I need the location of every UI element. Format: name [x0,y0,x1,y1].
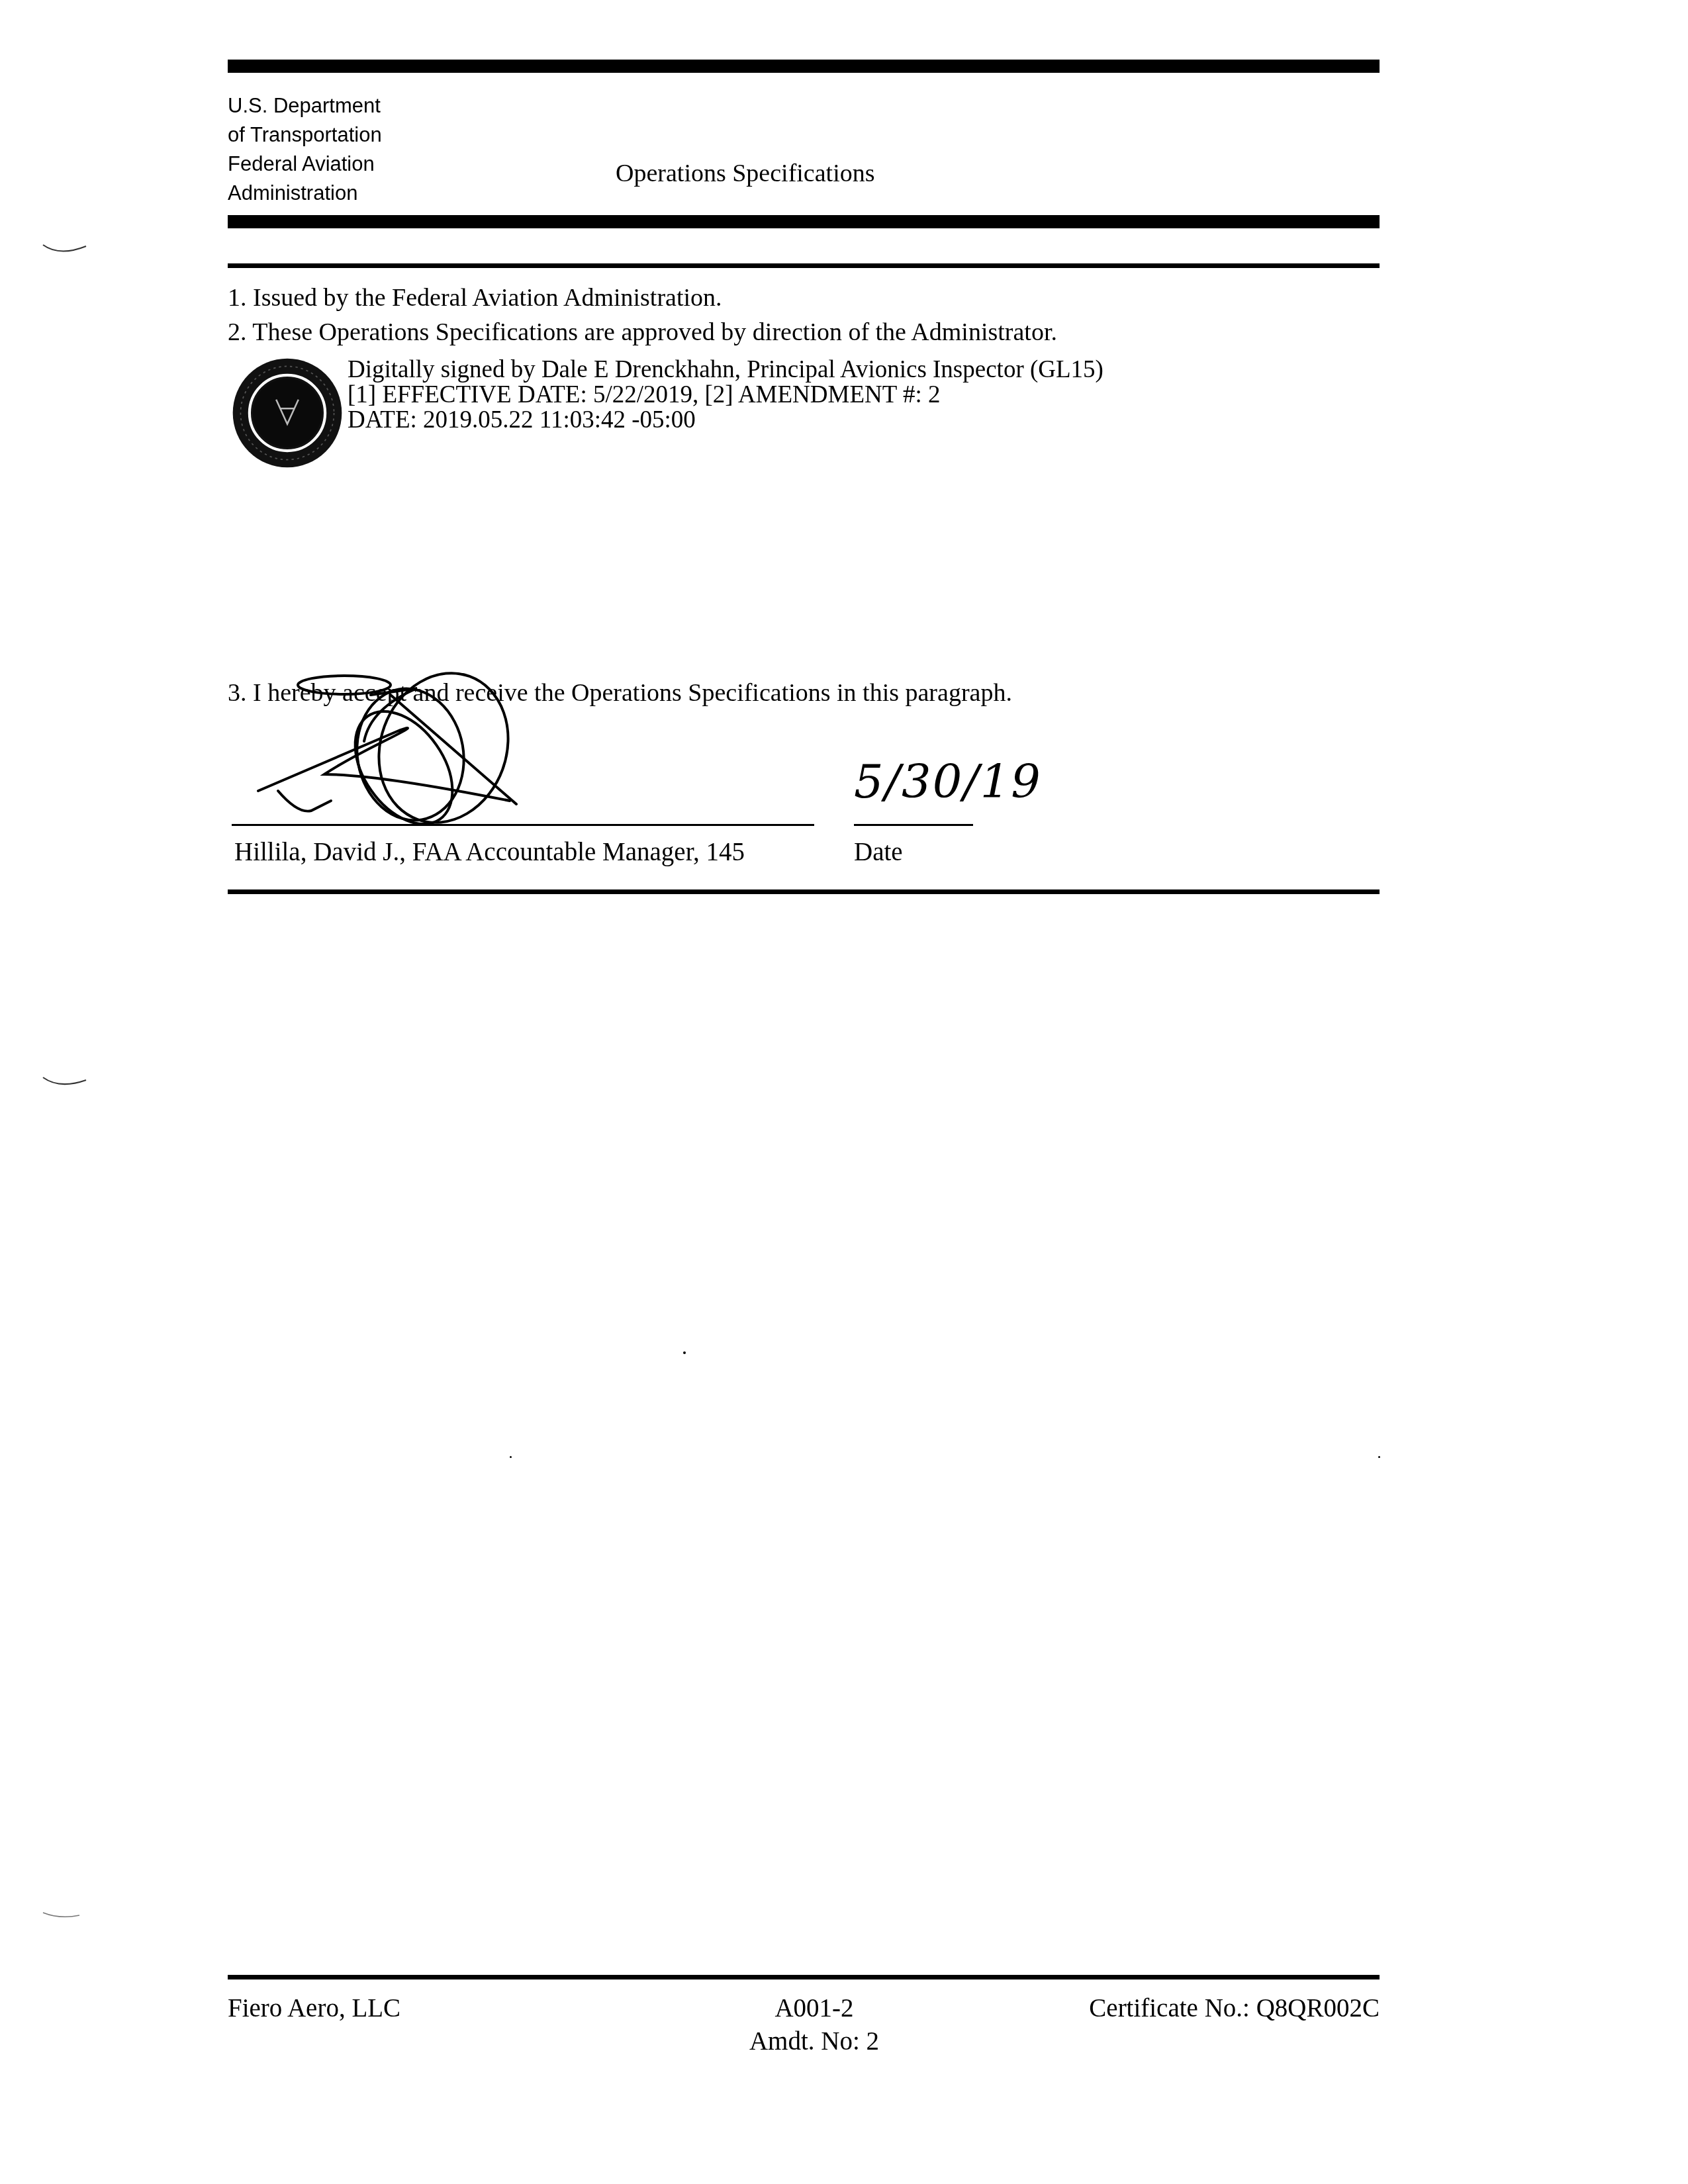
scan-speck [1378,1456,1380,1458]
section-end-rule [228,889,1380,894]
header-top-rule [228,60,1380,73]
footer-page-id: A001-2 [715,1993,914,2023]
paragraph-2: 2. These Operations Specifications are a… [228,318,1057,347]
signature-line [232,824,814,826]
date-label: Date [854,837,903,867]
agency-line: Administration [228,179,382,208]
footer-amendment: Amdt. No: 2 [715,2026,914,2056]
scan-mark [40,238,93,258]
footer-rule [228,1975,1380,1979]
header-bottom-rule [228,215,1380,228]
digital-signature-effective: [1] EFFECTIVE DATE: 5/22/2019, [2] AMEND… [348,383,1103,408]
document-title: Operations Specifications [616,159,875,188]
handwritten-signature [245,668,841,827]
section-rule [228,263,1380,268]
scan-mark [40,1072,93,1092]
digital-signature-date: DATE: 2019.05.22 11:03:42 -05:00 [348,408,1103,433]
scan-speck [683,1351,686,1354]
scan-speck [510,1456,512,1458]
agency-line: of Transportation [228,120,382,150]
signer-label: Hillila, David J., FAA Accountable Manag… [234,837,745,867]
scan-mark [40,1906,93,1926]
footer-company: Fiero Aero, LLC [228,1993,400,2023]
digital-signature: Digitally signed by Dale E Drenckhahn, P… [348,357,1103,433]
date-line [854,824,973,826]
agency-line: U.S. Department [228,91,382,120]
digital-signature-signer: Digitally signed by Dale E Drenckhahn, P… [348,357,1103,383]
handwritten-date: 5/30/19 [854,754,1042,809]
agency-line: Federal Aviation [228,150,382,179]
paragraph-1: 1. Issued by the Federal Aviation Admini… [228,283,722,312]
footer-certificate: Certificate No.: Q8QR002C [1089,1993,1380,2023]
agency-name: U.S. Department of Transportation Federa… [228,91,382,208]
faa-seal-icon [232,357,343,469]
